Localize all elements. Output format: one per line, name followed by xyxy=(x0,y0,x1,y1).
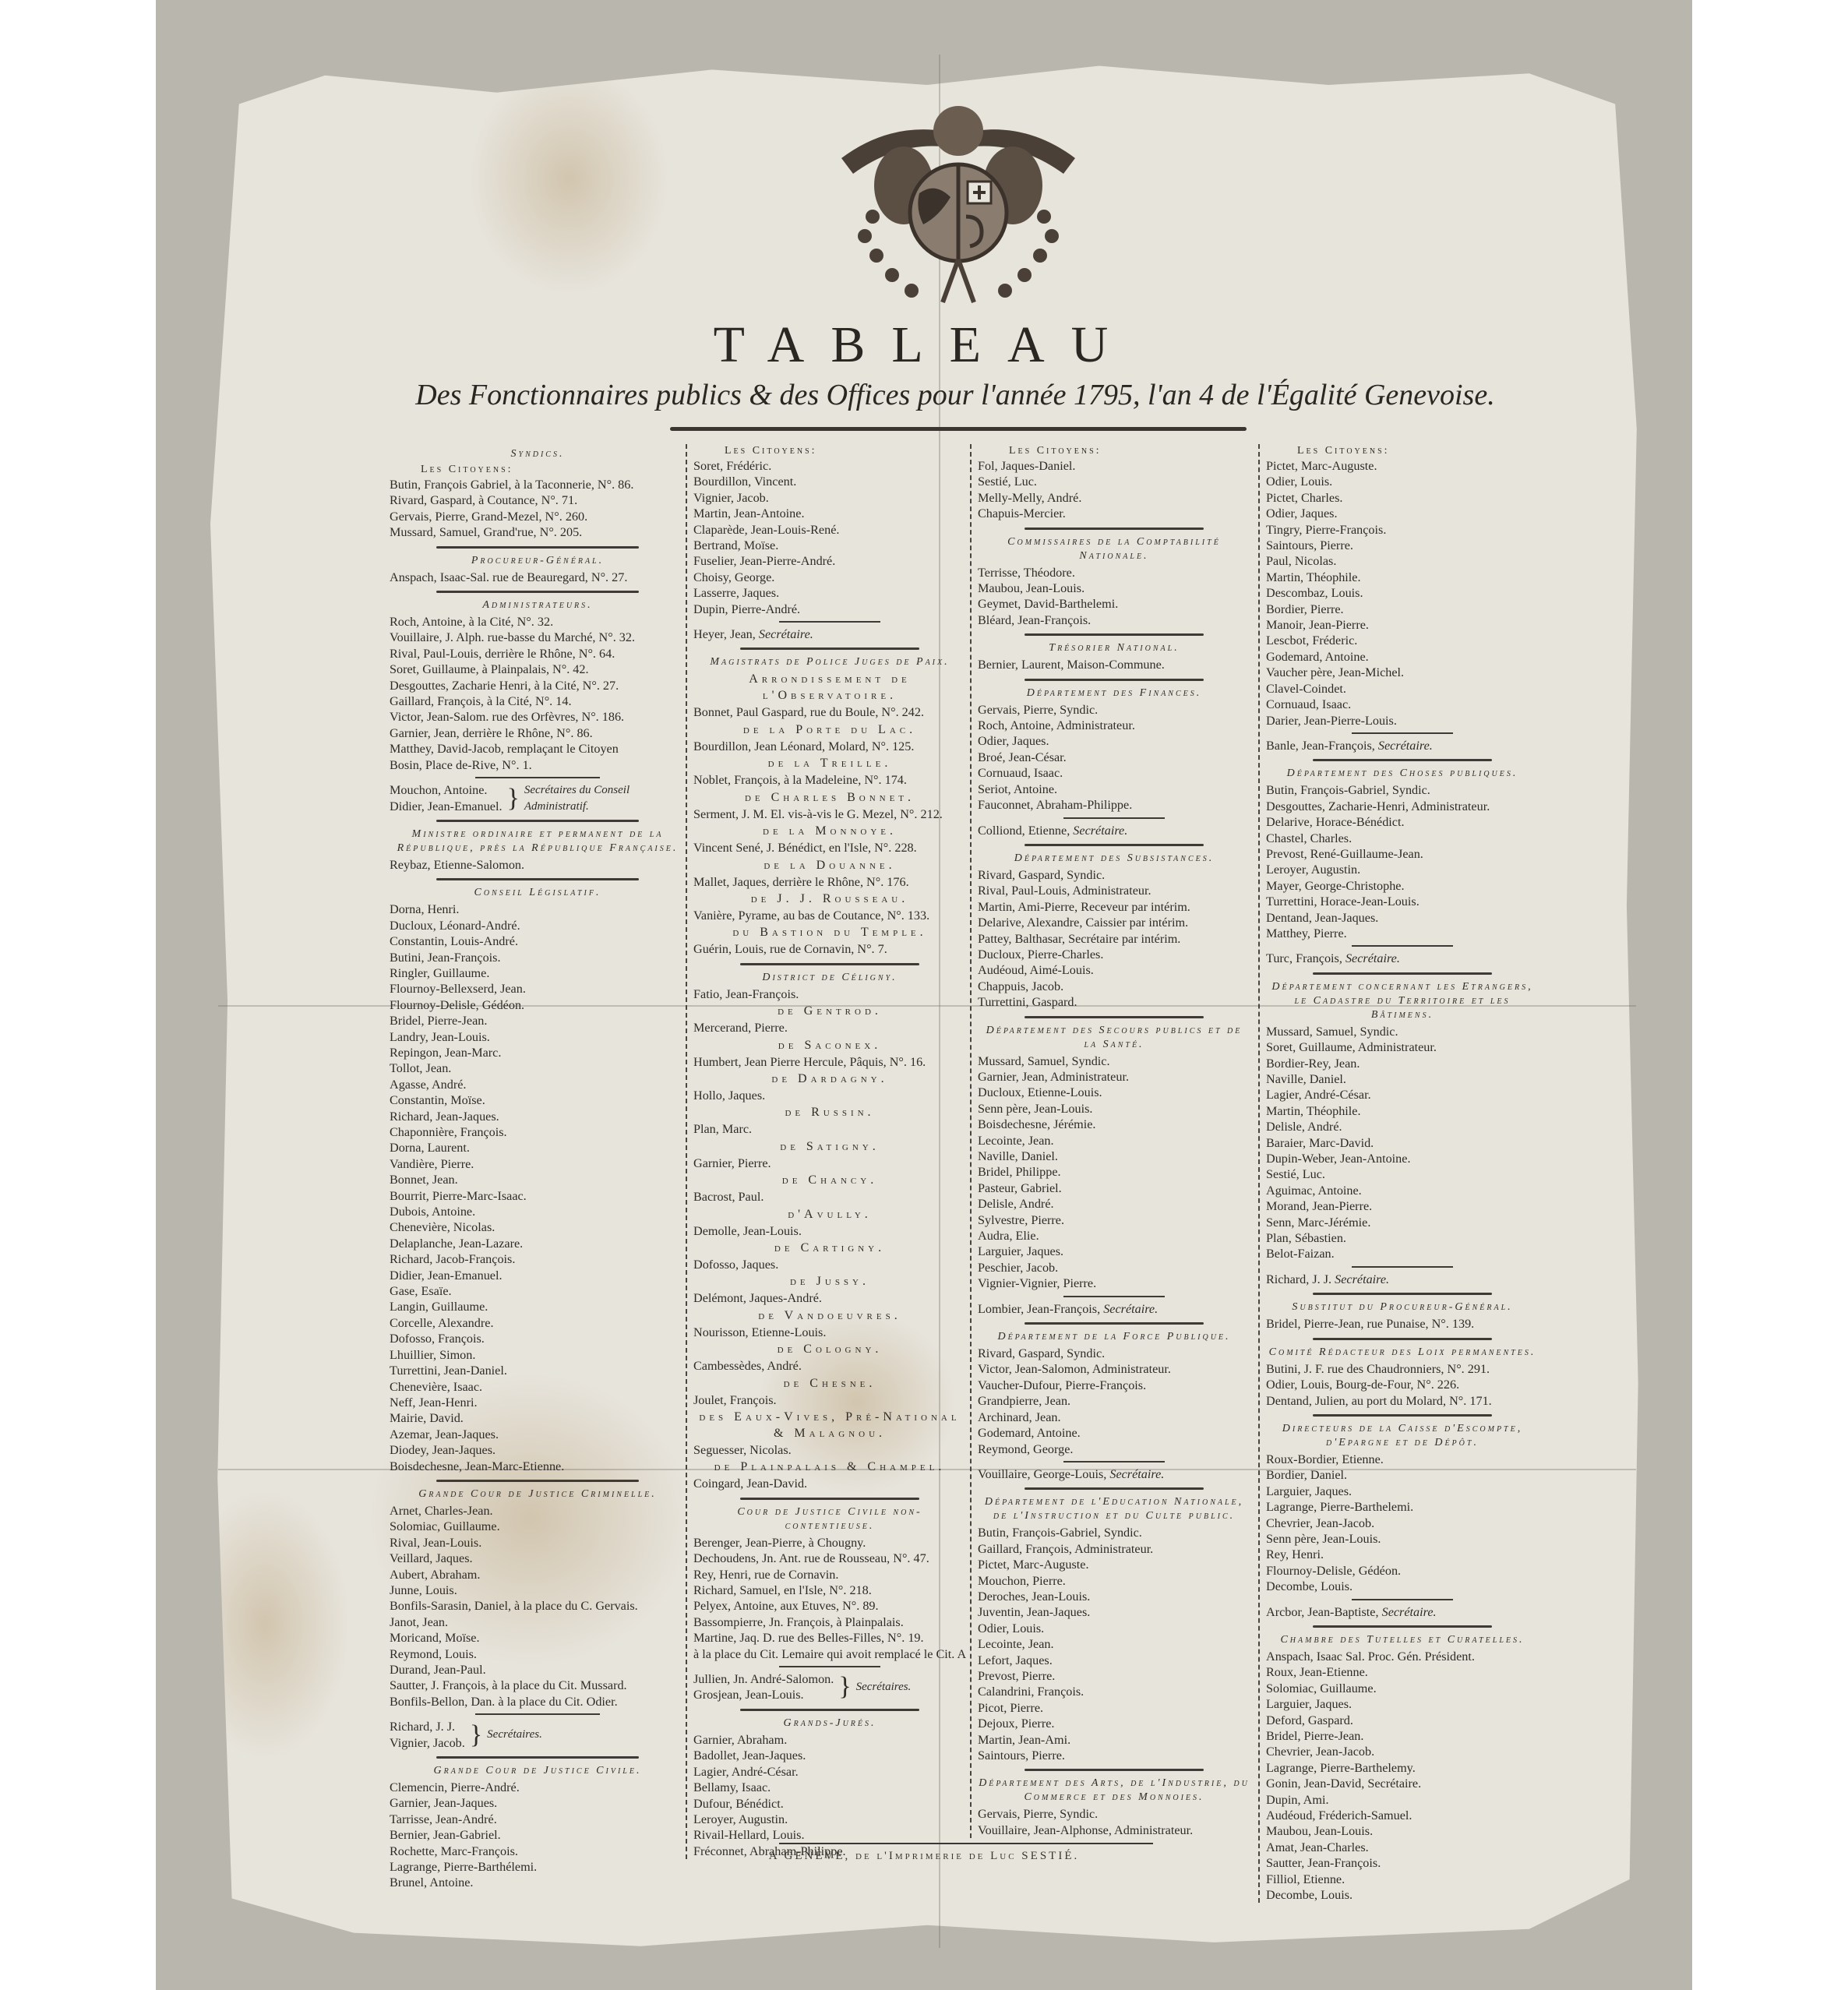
name-entry: Demolle, Jean-Louis. xyxy=(693,1223,966,1239)
name-entry: Butini, J. F. rue des Chaudronniers, N°.… xyxy=(1266,1361,1539,1377)
name-entry: Bonfils-Bellon, Dan. à la place du Cit. … xyxy=(390,1694,686,1709)
name-entry: Veillard, Jaques. xyxy=(390,1551,686,1566)
name-entry: Flournoy-Delisle, Gédéon. xyxy=(1266,1563,1539,1579)
name-entry: Diodey, Jean-Jaques. xyxy=(390,1442,686,1458)
citizens-label: Les Citoyens: xyxy=(1009,444,1250,458)
column-2: Les Citoyens:Soret, Frédéric.Bourdillon,… xyxy=(686,444,966,1859)
name-entry: Turrettini, Gaspard. xyxy=(978,994,1250,1010)
section-block: Procureur-Général.Anspach, Isaac-Sal. ru… xyxy=(390,554,686,585)
name-entry: Victor, Jean-Salomon, Administrateur. xyxy=(978,1361,1250,1377)
secretary-divider xyxy=(1352,1599,1453,1600)
name-entry: Bonnet, Paul Gaspard, rue du Boule, N°. … xyxy=(693,704,966,720)
district-heading: de Dardagny. xyxy=(693,1071,966,1087)
section-divider xyxy=(1313,1414,1492,1417)
district-heading: des Eaux-Vives, Pré-National & Malagnou. xyxy=(693,1409,966,1441)
secretaries-label: Secrétaires. xyxy=(487,1727,542,1742)
title-rule xyxy=(670,427,1247,431)
column-4: Les Citoyens:Pictet, Marc-Auguste.Odier,… xyxy=(1258,444,1539,1903)
name-entry: Peschier, Jacob. xyxy=(978,1260,1250,1276)
secretary-role: Secrétaire. xyxy=(1335,1272,1389,1286)
citizens-label: Les Citoyens: xyxy=(725,444,966,458)
name-entry: Fauconnet, Abraham-Philippe. xyxy=(978,797,1250,813)
name-entry: Matthey, Pierre. xyxy=(1266,926,1539,941)
name-entry: Paul, Nicolas. xyxy=(1266,553,1539,569)
name-entry: Langin, Guillaume. xyxy=(390,1299,686,1314)
secretary-entry: Vouillaire, George-Louis, Secrétaire. xyxy=(978,1466,1250,1482)
secretary-role: Secrétaire. xyxy=(1109,1467,1164,1481)
name-entry: Melly-Melly, André. xyxy=(978,490,1250,506)
name-entry: Cornuaud, Isaac. xyxy=(1266,697,1539,712)
section-block: Grande Cour de Justice Civile.Clemencin,… xyxy=(390,1764,686,1891)
name-entry: Chaponnière, François. xyxy=(390,1124,686,1140)
section-block: Commissaires de la Comptabilité National… xyxy=(978,535,1250,629)
secretary-divider xyxy=(779,621,880,623)
section-block: Les Citoyens:Fol, Jaques-Daniel.Sestié, … xyxy=(978,444,1250,522)
name-entry: Gonin, Jean-David, Secrétaire. xyxy=(1266,1776,1539,1791)
section-heading: Grande Cour de Justice Criminelle. xyxy=(390,1487,686,1501)
district-heading: de Russin. xyxy=(693,1104,966,1120)
name-entry: Geymet, David-Barthelemi. xyxy=(978,596,1250,612)
name-entry: Rey, Henri. xyxy=(1266,1547,1539,1562)
name-entry: Lagier, André-César. xyxy=(1266,1087,1539,1103)
name-entry: Broé, Jean-César. xyxy=(978,750,1250,765)
column-1: Syndics.Les Citoyens:Butin, François Gab… xyxy=(390,444,686,1891)
name-entry: Martin, Jean-Ami. xyxy=(978,1732,1250,1748)
secretary-divider xyxy=(1352,1266,1453,1268)
name-entry: Garnier, Pierre. xyxy=(693,1156,966,1171)
name-entry: Solomiac, Guillaume. xyxy=(1266,1681,1539,1696)
name-entry: Bordier, Pierre. xyxy=(1266,602,1539,617)
name-entry: Aubert, Abraham. xyxy=(390,1567,686,1582)
name-entry: Dofosso, François. xyxy=(390,1331,686,1346)
name-entry: Clavel-Coindet. xyxy=(1266,681,1539,697)
name-entry: Filliol, Etienne. xyxy=(1266,1872,1539,1887)
section-block: Département des Finances.Gervais, Pierre… xyxy=(978,686,1250,838)
citizens-label: Les Citoyens: xyxy=(421,463,686,477)
name-entry: Dupin, Pierre-André. xyxy=(693,602,966,617)
section-block: Magistrats de Police Juges de Paix.Arron… xyxy=(693,655,966,957)
name-entry: Mairie, David. xyxy=(390,1410,686,1426)
secretary-name: Lombier, Jean-François, xyxy=(978,1302,1100,1316)
name-entry: Brunel, Antoine. xyxy=(390,1875,686,1890)
name-entry: Guérin, Louis, rue de Cornavin, N°. 7. xyxy=(693,941,966,957)
section-divider xyxy=(1025,1322,1204,1325)
citizens-label: Les Citoyens: xyxy=(1297,444,1539,458)
secretary-role: Secrétaire. xyxy=(1073,824,1127,838)
name-entry: Mallet, Jaques, derrière le Rhône, N°. 1… xyxy=(693,874,966,890)
name-entry: Richard, Jacob-François. xyxy=(390,1251,686,1267)
section-heading: Directeurs de la Caisse d'Escompte, d'Ep… xyxy=(1266,1422,1539,1450)
name-entry: Odier, Louis. xyxy=(978,1621,1250,1636)
name-entry: Delisle, André. xyxy=(978,1196,1250,1212)
name-entry: Gervais, Pierre, Grand-Mezel, N°. 260. xyxy=(390,509,686,524)
name-entry: Odier, Louis. xyxy=(1266,474,1539,489)
section-block: Département de la Force Publique.Rivard,… xyxy=(978,1330,1250,1482)
name-entry: Richard, Samuel, en l'Isle, N°. 218. xyxy=(693,1582,966,1598)
district-heading: de Plainpalais & Champel. xyxy=(693,1459,966,1475)
section-block: District de Céligny.Fatio, Jean-François… xyxy=(693,971,966,1492)
secretary-role: Secrétaire. xyxy=(1382,1605,1437,1619)
name-entry: Repingon, Jean-Marc. xyxy=(390,1045,686,1060)
secretary-name: Vouillaire, George-Louis, xyxy=(978,1467,1106,1481)
name-entry: Gervais, Pierre, Syndic. xyxy=(978,1806,1250,1822)
name-entry: Vignier, Jacob. xyxy=(693,490,966,506)
name-entry: Prevost, René-Guillaume-Jean. xyxy=(1266,846,1539,862)
name-entry: Godemard, Antoine. xyxy=(978,1425,1250,1441)
district-heading: du Bastion du Temple. xyxy=(693,924,966,940)
secretary-names: Jullien, Jn. André-Salomon.Grosjean, Jea… xyxy=(693,1671,834,1703)
section-block: Grande Cour de Justice Criminelle.Arnet,… xyxy=(390,1487,686,1751)
section-divider xyxy=(1025,844,1204,846)
name-entry: Flournoy-Delisle, Gédéon. xyxy=(390,997,686,1013)
name-entry: Plan, Marc. xyxy=(693,1121,966,1137)
name-entry: Chenevière, Nicolas. xyxy=(390,1219,686,1235)
name-entry: Badollet, Jean-Jaques. xyxy=(693,1748,966,1763)
name-entry: Bertrand, Moïse. xyxy=(693,538,966,553)
section-heading: Département de l'Education Nationale, de… xyxy=(978,1495,1250,1523)
name-entry: Dejoux, Pierre. xyxy=(978,1716,1250,1731)
name-entry: Serment, J. M. El. vis-à-vis le G. Mezel… xyxy=(693,806,966,822)
name-entry: Audéoud, Fréderich-Samuel. xyxy=(1266,1808,1539,1823)
secretary-divider xyxy=(1352,945,1453,947)
name-entry: Anspach, Isaac Sal. Proc. Gén. Président… xyxy=(1266,1649,1539,1664)
secretary-divider xyxy=(475,777,600,778)
district-heading: de la Porte du Lac. xyxy=(693,722,966,738)
name-entry: Garnier, Jean, derrière le Rhône, N°. 86… xyxy=(390,725,686,741)
secretary-name: Richard, J. J. xyxy=(1266,1272,1331,1286)
section-block: Les Citoyens:Pictet, Marc-Auguste.Odier,… xyxy=(1266,444,1539,753)
name-entry: Desgouttes, Zacharie-Henri, Administrate… xyxy=(1266,799,1539,814)
name-entry: Durand, Jean-Paul. xyxy=(390,1662,686,1678)
secretary-entry: Colliond, Etienne, Secrétaire. xyxy=(978,823,1250,838)
name-entry: Bellamy, Isaac. xyxy=(693,1780,966,1795)
section-heading: Conseil Législatif. xyxy=(390,886,686,900)
section-heading: Chambre des Tutelles et Curatelles. xyxy=(1266,1633,1539,1647)
name-entry: Roux, Jean-Etienne. xyxy=(1266,1664,1539,1680)
name-entry: Sestié, Luc. xyxy=(978,474,1250,489)
secretary-name: Jullien, Jn. André-Salomon. xyxy=(693,1671,834,1687)
section-heading: Trésorier National. xyxy=(978,641,1250,655)
district-heading: de Jussy. xyxy=(693,1273,966,1290)
name-entry: Turrettini, Jean-Daniel. xyxy=(390,1363,686,1378)
name-entry: Mayer, George-Christophe. xyxy=(1266,878,1539,894)
name-entry: Larguier, Jaques. xyxy=(1266,1696,1539,1712)
name-entry: Lefort, Jaques. xyxy=(978,1653,1250,1668)
name-entry: Dubois, Antoine. xyxy=(390,1204,686,1219)
name-entry: Martin, Ami-Pierre, Receveur par intérim… xyxy=(978,899,1250,915)
secretary-role: Secrétaire. xyxy=(1378,739,1433,753)
name-entry: Victor, Jean-Salom. rue des Orfèvres, N°… xyxy=(390,709,686,725)
name-entry: Pelyex, Antoine, aux Etuves, N°. 89. xyxy=(693,1598,966,1614)
section-block: Grands-Jurés.Garnier, Abraham.Badollet, … xyxy=(693,1717,966,1859)
name-entry: Butini, Jean-François. xyxy=(390,950,686,965)
section-divider xyxy=(1025,633,1204,636)
section-heading: Comité Rédacteur des Loix permanentes. xyxy=(1266,1346,1539,1360)
name-entry: Delisle, André. xyxy=(1266,1119,1539,1134)
section-heading: Département des Finances. xyxy=(978,686,1250,700)
name-entry: Bridel, Philippe. xyxy=(978,1164,1250,1180)
section-block: Les Citoyens:Soret, Frédéric.Bourdillon,… xyxy=(693,444,966,642)
section-heading: Administrateurs. xyxy=(390,598,686,612)
name-entry: Chevrier, Jean-Jacob. xyxy=(1266,1744,1539,1759)
name-entry: Odier, Jaques. xyxy=(978,733,1250,749)
section-heading: Substitut du Procureur-Général. xyxy=(1266,1300,1539,1314)
section-block: Département concernant les Etrangers, le… xyxy=(1266,980,1539,1288)
name-entry: Calandrini, François. xyxy=(978,1684,1250,1699)
column-3: Les Citoyens:Fol, Jaques-Daniel.Sestié, … xyxy=(970,444,1250,1838)
name-entry: Pattey, Balthasar, Secrétaire par intéri… xyxy=(978,931,1250,947)
name-entry: Bosin, Place de-Rive, N°. 1. xyxy=(390,757,686,773)
brace-icon: } xyxy=(838,1674,851,1700)
name-entry: Bassompierre, Jn. François, à Plainpalai… xyxy=(693,1614,966,1630)
name-entry: Moricand, Moïse. xyxy=(390,1630,686,1646)
secretaries-group: Mouchon, Antoine.Didier, Jean-Emanuel.}S… xyxy=(390,782,686,814)
district-heading: de la Douanne. xyxy=(693,857,966,873)
secretary-names: Mouchon, Antoine.Didier, Jean-Emanuel. xyxy=(390,782,503,814)
secretary-entry: Richard, J. J. Secrétaire. xyxy=(1266,1272,1539,1287)
section-heading: Département concernant les Etrangers, le… xyxy=(1266,980,1539,1022)
secretary-divider xyxy=(779,1666,880,1667)
name-entry: Martin, Théophile. xyxy=(1266,1103,1539,1119)
name-entry: Roux-Bordier, Etienne. xyxy=(1266,1452,1539,1467)
section-heading: Cour de Justice Civile non-contentieuse. xyxy=(693,1505,966,1533)
secretary-divider xyxy=(1063,1296,1165,1297)
section-block: Département des Arts, de l'Industrie, du… xyxy=(978,1777,1250,1838)
name-entry: Godemard, Antoine. xyxy=(1266,649,1539,665)
name-entry: Deford, Gaspard. xyxy=(1266,1713,1539,1728)
name-entry: Lagrange, Pierre-Barthelemy. xyxy=(1266,1760,1539,1776)
secretary-name: Heyer, Jean, xyxy=(693,627,756,641)
name-entry: Roch, Antoine, Administrateur. xyxy=(978,718,1250,733)
name-entry: Bonnet, Jean. xyxy=(390,1172,686,1187)
name-entry: Lagrange, Pierre-Barthelemi. xyxy=(1266,1499,1539,1515)
section-divider xyxy=(740,647,919,650)
secretary-divider xyxy=(1063,817,1165,819)
name-entry: Martine, Jaq. D. rue des Belles-Filles, … xyxy=(693,1630,966,1646)
name-entry: Tarrisse, Jean-André. xyxy=(390,1812,686,1827)
name-entry: Tollot, Jean. xyxy=(390,1060,686,1076)
name-entry: Rey, Henri, rue de Cornavin. xyxy=(693,1567,966,1582)
name-entry: Vouillaire, J. Alph. rue-basse du Marché… xyxy=(390,630,686,645)
name-entry: Lecointe, Jean. xyxy=(978,1133,1250,1148)
name-entry: Aguimac, Antoine. xyxy=(1266,1183,1539,1198)
name-entry: Delaplanche, Jean-Lazare. xyxy=(390,1236,686,1251)
name-entry: Archinard, Jean. xyxy=(978,1410,1250,1425)
name-entry: Chapuis-Mercier. xyxy=(978,506,1250,521)
name-entry: Delémont, Jaques-André. xyxy=(693,1290,966,1306)
name-entry: Dupin, Ami. xyxy=(1266,1792,1539,1808)
name-entry: Dentand, Julien, au port du Molard, N°. … xyxy=(1266,1393,1539,1409)
name-entry: Dofosso, Jaques. xyxy=(693,1257,966,1272)
document-subtitle: Des Fonctionnaires publics & des Offices… xyxy=(31,378,1848,412)
name-entry: Decombe, Louis. xyxy=(1266,1887,1539,1903)
name-entry: Rivard, Gaspard, à Coutance, N°. 71. xyxy=(390,492,686,508)
secretary-role: Secrétaire. xyxy=(1103,1302,1158,1316)
district-heading: de Cologny. xyxy=(693,1341,966,1357)
name-entry: Boisdechesne, Jérémie. xyxy=(978,1117,1250,1132)
name-entry: Butin, François-Gabriel, Syndic. xyxy=(978,1525,1250,1540)
name-entry: Richard, Jean-Jaques. xyxy=(390,1109,686,1124)
section-heading: Département des Subsistances. xyxy=(978,852,1250,866)
name-entry: Chastel, Charles. xyxy=(1266,831,1539,846)
secretary-name: Richard, J. J. xyxy=(390,1719,465,1734)
section-heading: Procureur-Général. xyxy=(390,554,686,568)
name-entry: Janot, Jean. xyxy=(390,1614,686,1630)
name-entry: Martin, Jean-Antoine. xyxy=(693,506,966,521)
section-heading: Commissaires de la Comptabilité National… xyxy=(978,535,1250,563)
name-entry: Hollo, Jaques. xyxy=(693,1088,966,1103)
name-entry: Garnier, Abraham. xyxy=(693,1732,966,1748)
name-entry: Bourrit, Pierre-Marc-Isaac. xyxy=(390,1188,686,1204)
name-entry: Garnier, Jean, Administrateur. xyxy=(978,1069,1250,1085)
name-entry: Flournoy-Bellexserd, Jean. xyxy=(390,981,686,997)
section-divider xyxy=(1025,527,1204,530)
name-entry: Reymond, Louis. xyxy=(390,1646,686,1662)
name-entry: Grandpierre, Jean. xyxy=(978,1393,1250,1409)
section-heading: District de Céligny. xyxy=(693,971,966,985)
section-block: Directeurs de la Caisse d'Escompte, d'Ep… xyxy=(1266,1422,1539,1620)
name-entry: Mussard, Samuel, Grand'rue, N°. 205. xyxy=(390,524,686,540)
name-entry: Martin, Théophile. xyxy=(1266,570,1539,585)
district-heading: Arrondissement de l'Observatoire. xyxy=(693,671,966,704)
secretary-name: Colliond, Etienne, xyxy=(978,824,1070,838)
section-block: Comité Rédacteur des Loix permanentes.Bu… xyxy=(1266,1346,1539,1409)
name-entry: Gaillard, François, à la Cité, N°. 14. xyxy=(390,693,686,709)
secretaries-group: Richard, J. J.Vignier, Jacob.}Secrétaire… xyxy=(390,1719,686,1751)
section-divider xyxy=(740,1498,919,1500)
name-entry: Vandière, Pierre. xyxy=(390,1156,686,1172)
secretary-entry: Arcbor, Jean-Baptiste, Secrétaire. xyxy=(1266,1604,1539,1620)
district-heading: d'Avully. xyxy=(693,1206,966,1223)
name-entry: Mouchon, Pierre. xyxy=(978,1573,1250,1589)
name-entry: Audéoud, Aimé-Louis. xyxy=(978,962,1250,978)
name-entry: Dufour, Bénédict. xyxy=(693,1796,966,1812)
district-heading: de Vandoeuvres. xyxy=(693,1307,966,1324)
name-entry: Mercerand, Pierre. xyxy=(693,1020,966,1036)
name-entry: Picot, Pierre. xyxy=(978,1700,1250,1716)
name-entry: Noblet, François, à la Madeleine, N°. 17… xyxy=(693,772,966,788)
name-entry: Plan, Sébastien. xyxy=(1266,1230,1539,1246)
district-heading: de Satigny. xyxy=(693,1138,966,1155)
section-heading: Département des Choses publiques. xyxy=(1266,767,1539,781)
name-entry: Audra, Elie. xyxy=(978,1228,1250,1244)
section-divider xyxy=(1313,1338,1492,1340)
district-heading: de J. J. Rousseau. xyxy=(693,891,966,907)
name-entry: Lescbot, Fréderic. xyxy=(1266,633,1539,648)
name-entry: Rivard, Gaspard, Syndic. xyxy=(978,1346,1250,1361)
name-entry: Ducloux, Pierre-Charles. xyxy=(978,947,1250,962)
secretaries-group: Jullien, Jn. André-Salomon.Grosjean, Jea… xyxy=(693,1671,966,1703)
secretary-name: Arcbor, Jean-Baptiste, xyxy=(1266,1605,1379,1619)
name-entry: Ducloux, Etienne-Louis. xyxy=(978,1085,1250,1100)
secretary-name: Vignier, Jacob. xyxy=(390,1735,465,1751)
name-entry: Tingry, Pierre-François. xyxy=(1266,522,1539,538)
section-divider xyxy=(436,878,639,880)
district-heading: de Cartigny. xyxy=(693,1240,966,1256)
name-entry: Bacrost, Paul. xyxy=(693,1189,966,1205)
name-entry: Larguier, Jaques. xyxy=(978,1244,1250,1259)
secretary-name: Didier, Jean-Emanuel. xyxy=(390,799,503,814)
section-divider xyxy=(436,546,639,549)
name-entry: Darier, Jean-Pierre-Louis. xyxy=(1266,713,1539,729)
name-entry: Matthey, David-Jacob, remplaçant le Cito… xyxy=(390,741,686,757)
name-entry: Odier, Louis, Bourg-de-Four, N°. 226. xyxy=(1266,1377,1539,1392)
name-entry: Fatio, Jean-François. xyxy=(693,986,966,1002)
name-entry: Constantin, Louis-André. xyxy=(390,933,686,949)
name-entry: Lagier, André-César. xyxy=(693,1764,966,1780)
name-entry: Junne, Louis. xyxy=(390,1582,686,1598)
district-heading: de Chesne. xyxy=(693,1375,966,1392)
secretaries-label: Secrétaires. xyxy=(856,1679,912,1695)
section-divider xyxy=(1025,1016,1204,1018)
section-divider xyxy=(1025,1769,1204,1771)
name-entry: Dorna, Henri. xyxy=(390,901,686,917)
name-entry: Rival, Paul-Louis, derrière le Rhône, N°… xyxy=(390,646,686,662)
name-entry: Bridel, Pierre-Jean. xyxy=(390,1013,686,1029)
name-entry: Dupin-Weber, Jean-Antoine. xyxy=(1266,1151,1539,1166)
name-entry: Reybaz, Etienne-Salomon. xyxy=(390,857,686,873)
name-entry: Bonfils-Sarasin, Daniel, à la place du C… xyxy=(390,1598,686,1614)
name-entry: Vincent Sené, J. Bénédict, en l'Isle, N°… xyxy=(693,840,966,856)
name-entry: Azemar, Jean-Jaques. xyxy=(390,1427,686,1442)
name-entry: Senn père, Jean-Louis. xyxy=(1266,1531,1539,1547)
name-entry: Constantin, Moïse. xyxy=(390,1092,686,1108)
district-heading: de la Treille. xyxy=(693,755,966,771)
name-entry: Pictet, Marc-Auguste. xyxy=(1266,458,1539,474)
name-entry: Bridel, Pierre-Jean, rue Punaise, N°. 13… xyxy=(1266,1316,1539,1332)
name-entry: Naville, Daniel. xyxy=(978,1148,1250,1164)
name-entry: Odier, Jaques. xyxy=(1266,506,1539,521)
secretary-divider xyxy=(1352,732,1453,734)
name-entry: Juventin, Jean-Jaques. xyxy=(978,1604,1250,1620)
footer-rule xyxy=(779,1843,1153,1844)
name-entry: Anspach, Isaac-Sal. rue de Beauregard, N… xyxy=(390,570,686,585)
name-entry: Desgouttes, Zacharie Henri, à la Cité, N… xyxy=(390,678,686,693)
section-divider xyxy=(1025,679,1204,681)
name-entry: Bordier, Daniel. xyxy=(1266,1467,1539,1483)
section-heading: Ministre ordinaire et permanent de la Ré… xyxy=(390,827,686,856)
section-block: Cour de Justice Civile non-contentieuse.… xyxy=(693,1505,966,1703)
name-entry: Corcelle, Alexandre. xyxy=(390,1315,686,1331)
section-heading: Syndics. xyxy=(390,447,686,461)
section-block: Conseil Législatif.Dorna, Henri.Ducloux,… xyxy=(390,886,686,1474)
name-entry: Seriot, Antoine. xyxy=(978,782,1250,797)
name-entry: Gase, Esaïe. xyxy=(390,1283,686,1299)
name-entry: Reymond, George. xyxy=(978,1441,1250,1457)
name-entry: Senn père, Jean-Louis. xyxy=(978,1101,1250,1117)
name-entry: Fuselier, Jean-Pierre-André. xyxy=(693,553,966,569)
name-entry: Rival, Jean-Louis. xyxy=(390,1535,686,1551)
section-block: Substitut du Procureur-Général.Bridel, P… xyxy=(1266,1300,1539,1332)
name-entry: Lasserre, Jaques. xyxy=(693,585,966,601)
name-entry: Gaillard, François, Administrateur. xyxy=(978,1541,1250,1557)
name-entry: Didier, Jean-Emanuel. xyxy=(390,1268,686,1283)
name-entry: Mussard, Samuel, Syndic. xyxy=(1266,1024,1539,1039)
name-entry: Larguier, Jaques. xyxy=(1266,1484,1539,1499)
section-block: Ministre ordinaire et permanent de la Ré… xyxy=(390,827,686,873)
name-entry: Pictet, Charles. xyxy=(1266,490,1539,506)
secretary-entry: Turc, François, Secrétaire. xyxy=(1266,951,1539,966)
name-entry: Sautter, J. François, à la place du Cit.… xyxy=(390,1678,686,1693)
name-entry: Dentand, Jean-Jaques. xyxy=(1266,910,1539,926)
name-entry: Ducloux, Léonard-André. xyxy=(390,918,686,933)
name-entry: Descombaz, Louis. xyxy=(1266,585,1539,601)
name-entry: Vaucher père, Jean-Michel. xyxy=(1266,665,1539,680)
name-entry: Bridel, Pierre-Jean. xyxy=(1266,1728,1539,1744)
district-heading: de la Monnoye. xyxy=(693,823,966,839)
secretary-divider xyxy=(1063,1461,1165,1463)
name-entry: Pasteur, Gabriel. xyxy=(978,1180,1250,1196)
